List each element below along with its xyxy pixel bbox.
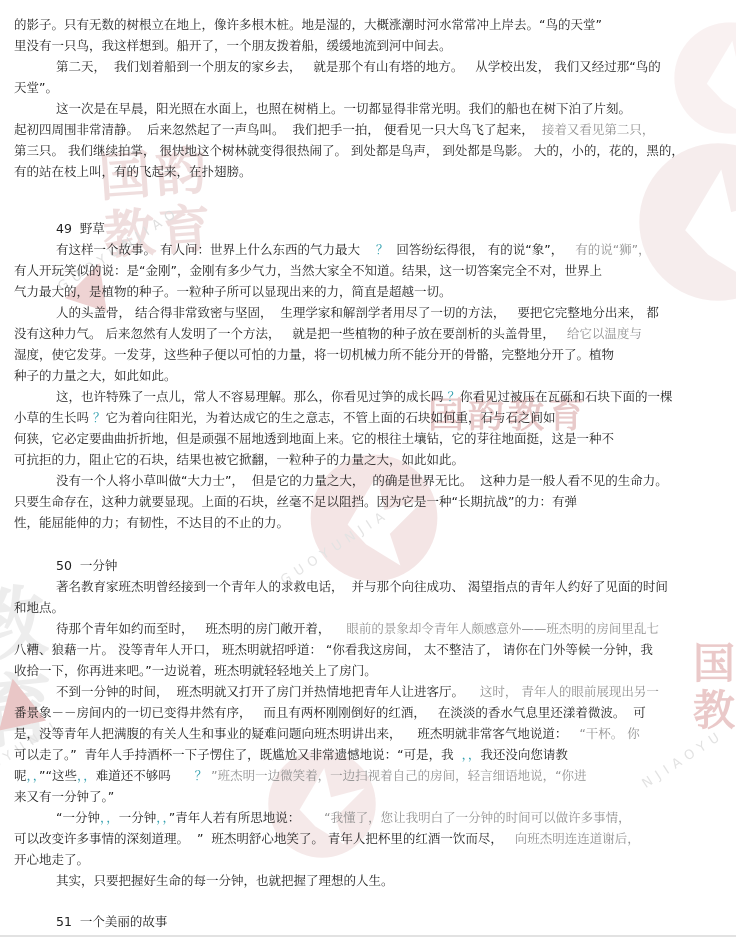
- text-segment: 它为着向往阳光，为着达成它的生之意志，不管上面的石块如何重，石与石之间如: [106, 410, 556, 425]
- text-line: 和地点。: [14, 597, 728, 618]
- text-segment: 我还没向您请教: [480, 747, 568, 762]
- text-line: 著名教育家班杰明曾经接到一个青年人的求救电话， 并与那个向往成功、 渴望指点的青…: [14, 576, 728, 597]
- muted-text-segment: 接着又看见第二只，: [542, 122, 655, 137]
- text-segment: 起初四周围非常清静。 后来忽然起了一声鸟叫。 我们把手一拍， 便看见一只大鸟飞了…: [14, 122, 542, 137]
- muted-text-segment: 这时， 青年人的眼前展现出另一: [480, 684, 659, 699]
- section-heading: 49 野草: [14, 218, 728, 239]
- accent-punctuation: ，，: [462, 747, 481, 762]
- text-line: 起初四周围非常清静。 后来忽然起了一声鸟叫。 我们把手一拍， 便看见一只大鸟飞了…: [14, 119, 728, 140]
- text-line: 有人开玩笑似的说：是“金刚”，金刚有多少气力，当然大家全不知道。结果，这一切答案…: [14, 260, 728, 281]
- section-heading: 50 一分钟: [14, 555, 728, 576]
- text-line: 何狭，它必定要曲曲折折地，但是顽强不屈地透到地面上来。它的根往土壤钻，它的芽往地…: [14, 428, 728, 449]
- text-segment: 小草的生长吗: [14, 410, 93, 425]
- text-segment: 的影子。只有无数的树根立在地上，像许多根木桩。地是湿的，大概涨潮时河水常常冲上岸…: [14, 17, 602, 32]
- accent-punctuation: ，，: [27, 768, 40, 783]
- text-segment: 气力最大的，是植物的种子。一粒种子所可以显现出来的力，简直是超越一切。: [14, 284, 452, 299]
- text-segment: 第三只。 我们继续拍掌， 很快地这个树林就变得很热闹了。 到处都是鸟声， 到处都…: [14, 143, 684, 158]
- text-segment: 没有这种力气。 后来忽然有人发明了一个方法， 就是把一些植物的种子放在要剖析的头…: [14, 326, 567, 341]
- text-segment: 回答纷纭得很， 有的说“象”，: [388, 242, 575, 257]
- accent-punctuation: ，，: [156, 810, 169, 825]
- accent-punctuation: ？: [376, 242, 389, 257]
- text-segment: 待那个青年如约而至时， 班杰明的房门敞开着，: [56, 621, 346, 636]
- text-line: 开心地走了。: [14, 849, 728, 870]
- text-segment: 可以走了。” 青年人手持酒杯一下子愣住了，既尴尬又非常遗憾地说：“可是，我: [14, 747, 462, 762]
- text-segment: 这，也许特殊了一点儿，常人不容易理解。那么，你看见过笋的成长吗: [56, 389, 447, 404]
- text-segment: 可以改变许多事情的深刻道理。 ” 班杰明舒心地笑了。 青年人把杯里的红酒一饮而尽…: [14, 831, 515, 846]
- vertical-spacer: [14, 891, 728, 911]
- text-line: 性，能屈能伸的力；有韧性，不达目的不止的力。: [14, 512, 728, 533]
- text-segment: 这一次是在早晨，阳光照在水面上，也照在树梢上。一切都显得非常光明。我们的船也在树…: [56, 101, 631, 116]
- text-line: 第二天， 我们划着船到一个朋友的家乡去， 就是那个有山有塔的地方。 从学校出发，…: [14, 56, 728, 77]
- text-segment: 开心地走了。: [14, 852, 89, 867]
- text-line: 可抗拒的力，阻止它的石块，结果也被它掀翻，一粒种子的力量之大，如此如此。: [14, 449, 728, 470]
- muted-text-segment: “我懂了，您让我明白了一分钟的时间可以做许多事情，: [324, 810, 630, 825]
- text-line: 八糟、狼藉一片。 没等青年人开口， 班杰明就招呼道： “你看我这房间， 太不整洁…: [14, 639, 728, 660]
- text-segment: 八糟、狼藉一片。 没等青年人开口， 班杰明就招呼道： “你看我这房间， 太不整洁…: [14, 642, 653, 657]
- text-segment: 难道还不够吗: [96, 768, 195, 783]
- document-page: 国韵教育GUOYUNJIAO国韵教育GUOYUNJIA教育AOYUNJI国韵教育…: [0, 0, 736, 937]
- text-segment: 有人开玩笑似的说：是“金刚”，金刚有多少气力，当然大家全不知道。结果，这一切答案…: [14, 263, 602, 278]
- text-segment: 呢: [14, 768, 27, 783]
- text-line: 气力最大的，是植物的种子。一粒种子所可以显现出来的力，简直是超越一切。: [14, 281, 728, 302]
- text-segment: 来又有一分钟了。”: [14, 789, 114, 804]
- text-segment: 只要生命存在，这种力就要显现。上面的石块，丝毫不足以阻挡。因为它是一种“长期抗战…: [14, 494, 577, 509]
- text-segment: 有的站在枝上叫，有的飞起来，在扑翅膀。: [14, 164, 252, 179]
- accent-punctuation: ？: [195, 768, 208, 783]
- muted-text-segment: 有的说“狮”，: [575, 242, 650, 257]
- text-line: 是，没等青年人把满腹的有关人生和事业的疑难问题向班杰明讲出来， 班杰明就非常客气…: [14, 723, 728, 744]
- text-line: 不到一分钟的时间， 班杰明就又打开了房门并热情地把青年人让进客厅。 这时， 青年…: [14, 681, 728, 702]
- text-line: 有这样一个故事。 有人问：世界上什么东西的气力最大 ？ 回答纷纭得很， 有的说“…: [14, 239, 728, 260]
- text-segment: “一分钟: [56, 810, 100, 825]
- text-segment: 不到一分钟的时间， 班杰明就又打开了房门并热情地把青年人让进客厅。: [56, 684, 480, 699]
- text-segment: 一分钟: [119, 810, 157, 825]
- text-line: 来又有一分钟了。”: [14, 786, 728, 807]
- text-line: 呢，，”“这些，，难道还不够吗 ？ ”班杰明一边微笑着，一边扫视着自己的房间，轻…: [14, 765, 728, 786]
- text-line: 番景象－－房间内的一切已变得井然有序， 而且有两杯刚刚倒好的红酒， 在淡淡的香水…: [14, 702, 728, 723]
- text-segment: 你看见过被压在瓦砾和石块下面的一棵: [460, 389, 673, 404]
- accent-punctuation: ？: [93, 410, 106, 425]
- text-segment: 番景象－－房间内的一切已变得井然有序， 而且有两杯刚刚倒好的红酒， 在淡淡的香水…: [14, 705, 646, 720]
- text-segment: 种子的力量之大，如此如此。: [14, 368, 177, 383]
- accent-punctuation: ，，: [100, 810, 119, 825]
- text-line: 种子的力量之大，如此如此。: [14, 365, 728, 386]
- text-segment: 可抗拒的力，阻止它的石块，结果也被它掀翻，一粒种子的力量之大，如此如此。: [14, 452, 464, 467]
- muted-text-segment: 向班杰明连连道谢后，: [515, 831, 640, 846]
- text-segment: 湿度，使它发芽。一发芽，这些种子便以可怕的力量，将一切机械力所不能分开的骨骼，完…: [14, 347, 614, 362]
- text-line: 的影子。只有无数的树根立在地上，像许多根木桩。地是湿的，大概涨潮时河水常常冲上岸…: [14, 14, 728, 35]
- text-line: 人的头盖骨， 结合得非常致密与坚固， 生理学家和解剖学者用尽了一切的方法， 要把…: [14, 302, 728, 323]
- text-line: 有的站在枝上叫，有的飞起来，在扑翅膀。: [14, 161, 728, 182]
- muted-text-segment: ”班杰明一边微笑着，一边扫视着自己的房间，轻言细语地说，“你进: [211, 768, 586, 783]
- text-line: 小草的生长吗 ？它为着向往阳光，为着达成它的生之意志，不管上面的石块如何重，石与…: [14, 407, 728, 428]
- text-segment: 人的头盖骨， 结合得非常致密与坚固， 生理学家和解剖学者用尽了一切的方法， 要把…: [56, 305, 659, 320]
- text-segment: 著名教育家班杰明曾经接到一个青年人的求救电话， 并与那个向往成功、 渴望指点的青…: [56, 579, 668, 594]
- text-line: 这一次是在早晨，阳光照在水面上，也照在树梢上。一切都显得非常光明。我们的船也在树…: [14, 98, 728, 119]
- text-segment: 和地点。: [14, 600, 64, 615]
- text-segment: 是，没等青年人把满腹的有关人生和事业的疑难问题向班杰明讲出来， 班杰明就非常客气…: [14, 726, 579, 741]
- document-body: 的影子。只有无数的树根立在地上，像许多根木桩。地是湿的，大概涨潮时河水常常冲上岸…: [0, 0, 736, 932]
- accent-punctuation: ，，: [77, 768, 96, 783]
- text-segment: 其实，只要把握好生命的每一分钟，也就把握了理想的人生。: [56, 873, 394, 888]
- text-segment: 有这样一个故事。 有人问：世界上什么东西的气力最大: [56, 242, 376, 257]
- text-segment: 天堂”。: [14, 80, 58, 95]
- text-segment: 性，能屈能伸的力；有韧性，不达目的不止的力。: [14, 515, 289, 530]
- text-line: 里没有一只鸟，我这样想到。船开了，一个朋友拨着船，缓缓地流到河中间去。: [14, 35, 728, 56]
- muted-text-segment: “干杯。 你: [579, 726, 639, 741]
- text-segment: 第二天， 我们划着船到一个朋友的家乡去， 就是那个有山有塔的地方。 从学校出发，…: [56, 59, 661, 74]
- vertical-spacer: [14, 533, 728, 555]
- text-line: 待那个青年如约而至时， 班杰明的房门敞开着， 眼前的景象却令青年人颇感意外——班…: [14, 618, 728, 639]
- text-line: “一分钟，，一分钟，，”青年人若有所思地说： “我懂了，您让我明白了一分钟的时间…: [14, 807, 728, 828]
- text-segment: 里没有一只鸟，我这样想到。船开了，一个朋友拨着船，缓缓地流到河中间去。: [14, 38, 452, 53]
- accent-punctuation: ？: [447, 389, 460, 404]
- text-line: 第三只。 我们继续拍掌， 很快地这个树林就变得很热闹了。 到处都是鸟声， 到处都…: [14, 140, 728, 161]
- text-segment: 何狭，它必定要曲曲折折地，但是顽强不屈地透到地面上来。它的根往土壤钻，它的芽往地…: [14, 431, 614, 446]
- section-heading: 51 一个美丽的故事: [14, 911, 728, 932]
- text-segment: 没有一个人将小草叫做“大力士”， 但是它的力量之大， 的确是世界无比。 这种力是…: [56, 473, 668, 488]
- text-line: 没有这种力气。 后来忽然有人发明了一个方法， 就是把一些植物的种子放在要剖析的头…: [14, 323, 728, 344]
- muted-text-segment: 给它以温度与: [567, 326, 642, 341]
- text-line: 只要生命存在，这种力就要显现。上面的石块，丝毫不足以阻挡。因为它是一种“长期抗战…: [14, 491, 728, 512]
- text-line: 其实，只要把握好生命的每一分钟，也就把握了理想的人生。: [14, 870, 728, 891]
- text-segment: 收拾一下，你再进来吧。”一边说着，班杰明就轻轻地关上了房门。: [14, 663, 377, 678]
- muted-text-segment: 眼前的景象却令青年人颇感意外——班杰明的房间里乱七: [346, 621, 659, 636]
- text-line: 收拾一下，你再进来吧。”一边说着，班杰明就轻轻地关上了房门。: [14, 660, 728, 681]
- text-segment: ”青年人若有所思地说：: [169, 810, 324, 825]
- text-line: 没有一个人将小草叫做“大力士”， 但是它的力量之大， 的确是世界无比。 这种力是…: [14, 470, 728, 491]
- text-line: 这，也许特殊了一点儿，常人不容易理解。那么，你看见过笋的成长吗 ？你看见过被压在…: [14, 386, 728, 407]
- vertical-spacer: [14, 182, 728, 218]
- text-line: 湿度，使它发芽。一发芽，这些种子便以可怕的力量，将一切机械力所不能分开的骨骼，完…: [14, 344, 728, 365]
- text-line: 可以改变许多事情的深刻道理。 ” 班杰明舒心地笑了。 青年人把杯里的红酒一饮而尽…: [14, 828, 728, 849]
- text-segment: ”“这些: [39, 768, 77, 783]
- text-line: 可以走了。” 青年人手持酒杯一下子愣住了，既尴尬又非常遗憾地说：“可是，我 ，，…: [14, 744, 728, 765]
- text-line: 天堂”。: [14, 77, 728, 98]
